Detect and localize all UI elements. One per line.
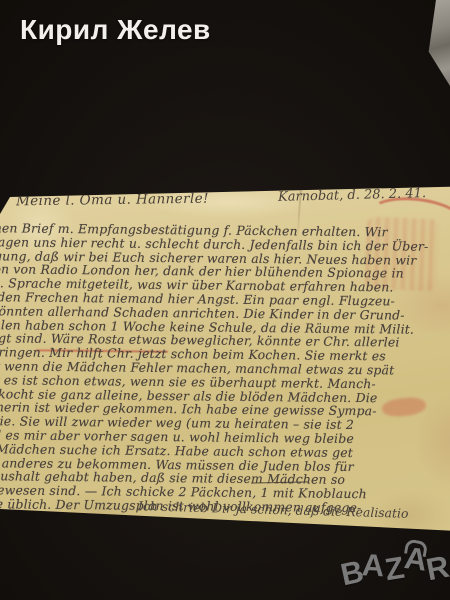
letter-body: Deinen Brief m. Empfangsbestätigung f. P…	[0, 221, 450, 516]
listing-photo[interactable]: Кирил Желев Meine l. Oma u. Hannerle! Ka…	[0, 0, 450, 600]
letter-greeting: Meine l. Oma u. Hannerle!	[16, 191, 209, 210]
postcard: Meine l. Oma u. Hannerle! Karnobat, d. 2…	[0, 186, 450, 538]
seller-name: Кирил Желев	[20, 14, 211, 46]
bazar-logo: BAZAR	[339, 546, 450, 600]
tape-fragment	[424, 0, 450, 86]
bazar-letter: R	[423, 549, 450, 589]
